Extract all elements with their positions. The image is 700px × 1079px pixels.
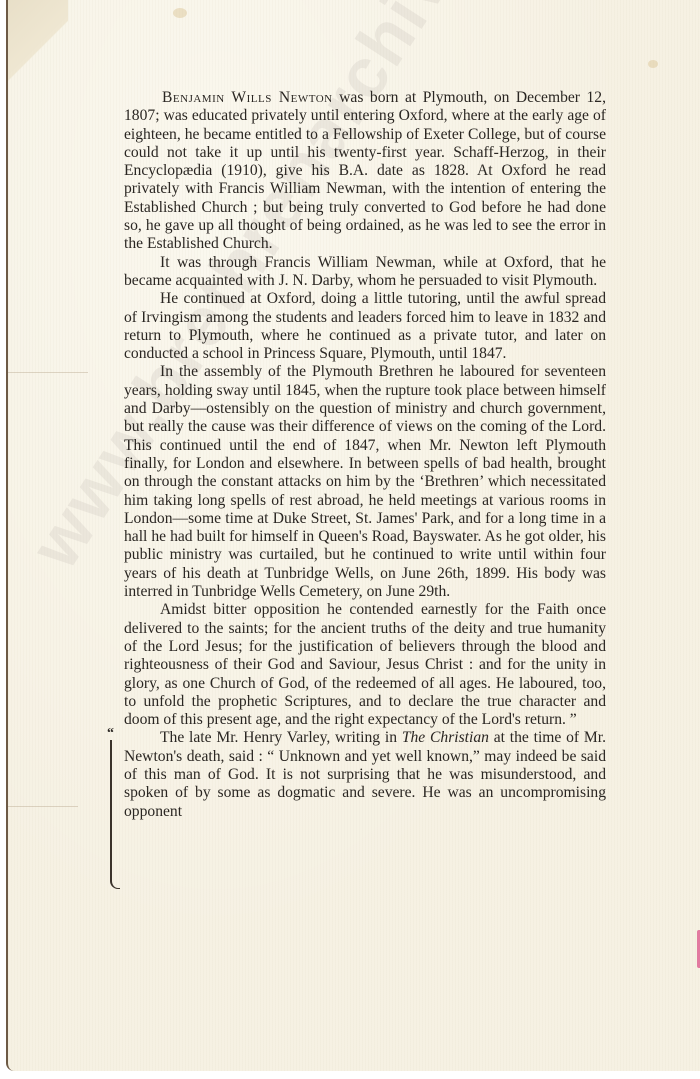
paragraph: He continued at Oxford, doing a little t…: [124, 290, 606, 363]
paragraph: Amidst bitter opposition he contended ea…: [124, 601, 606, 729]
paper-stain: [173, 8, 187, 18]
paper-stain: [648, 60, 658, 68]
folded-corner: [8, 0, 68, 100]
subject-name: Benjamin Wills Newton: [162, 89, 333, 106]
body-text: Benjamin Wills Newton was born at Plymou…: [124, 89, 606, 821]
publication-title: The Christian: [402, 729, 489, 746]
paragraph: Benjamin Wills Newton was born at Plymou…: [124, 89, 606, 254]
margin-bracket: [110, 740, 120, 889]
paragraph: It was through Francis William Newman, w…: [124, 254, 606, 291]
page-crease: [8, 372, 88, 373]
paragraph: In the assembly of the Plymouth Brethren…: [124, 363, 606, 601]
paragraph: The late Mr. Henry Varley, writing in Th…: [124, 729, 606, 820]
page-crease: [8, 806, 78, 807]
